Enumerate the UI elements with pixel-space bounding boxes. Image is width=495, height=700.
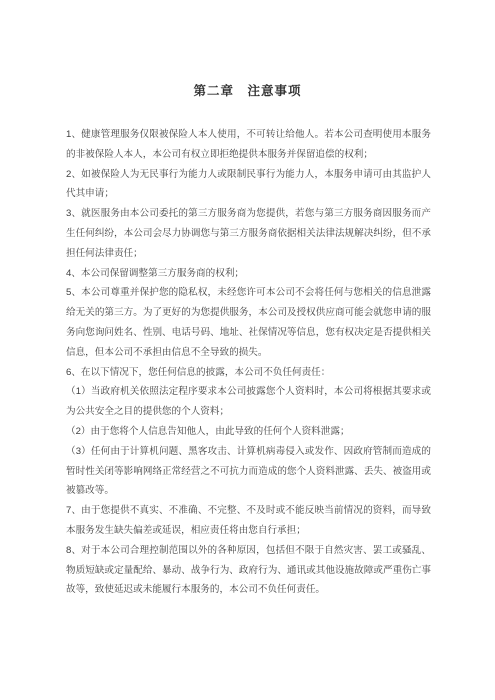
document-body: 1、健康管理服务仅限被保险人本人使用，不可转让给他人。若本公司查明使用本服务的非… xyxy=(66,125,431,600)
clause-6-sub-1: （1）当政府机关依照法定程序要求本公司披露您个人资料时，本公司将根据其要求或为公… xyxy=(66,382,431,422)
clause-8: 8、对于本公司合理控制范围以外的各种原因，包括但不限于自然灾害、罢工或骚乱、物质… xyxy=(66,541,431,600)
clause-4: 4、本公司保留调整第三方服务商的权利； xyxy=(66,264,431,284)
chapter-title: 第二章 注意事项 xyxy=(0,0,495,99)
clause-6: 6、在以下情况下，您任何信息的披露，本公司不负任何责任： xyxy=(66,363,431,383)
document-page: 第二章 注意事项 1、健康管理服务仅限被保险人本人使用，不可转让给他人。若本公司… xyxy=(0,0,495,700)
clause-3: 3、就医服务由本公司委托的第三方服务商为您提供，若您与第三方服务商因服务而产生任… xyxy=(66,204,431,263)
clause-2: 2、如被保险人为无民事行为能力人或限制民事行为能力人，本服务申请可由其监护人代其… xyxy=(66,165,431,205)
clause-7: 7、由于您提供不真实、不准确、不完整、不及时或不能反映当前情况的资料，而导致本服… xyxy=(66,501,431,541)
clause-6-sub-2: （2）由于您将个人信息告知他人，由此导致的任何个人资料泄露； xyxy=(66,422,431,442)
clause-1: 1、健康管理服务仅限被保险人本人使用，不可转让给他人。若本公司查明使用本服务的非… xyxy=(66,125,431,165)
clause-5: 5、本公司尊重并保护您的隐私权，未经您许可本公司不会将任何与您相关的信息泄露给无… xyxy=(66,283,431,362)
clause-6-sub-3: （3）任何由于计算机问题、黑客攻击、计算机病毒侵入或发作、因政府管制而造成的暂时… xyxy=(66,442,431,501)
